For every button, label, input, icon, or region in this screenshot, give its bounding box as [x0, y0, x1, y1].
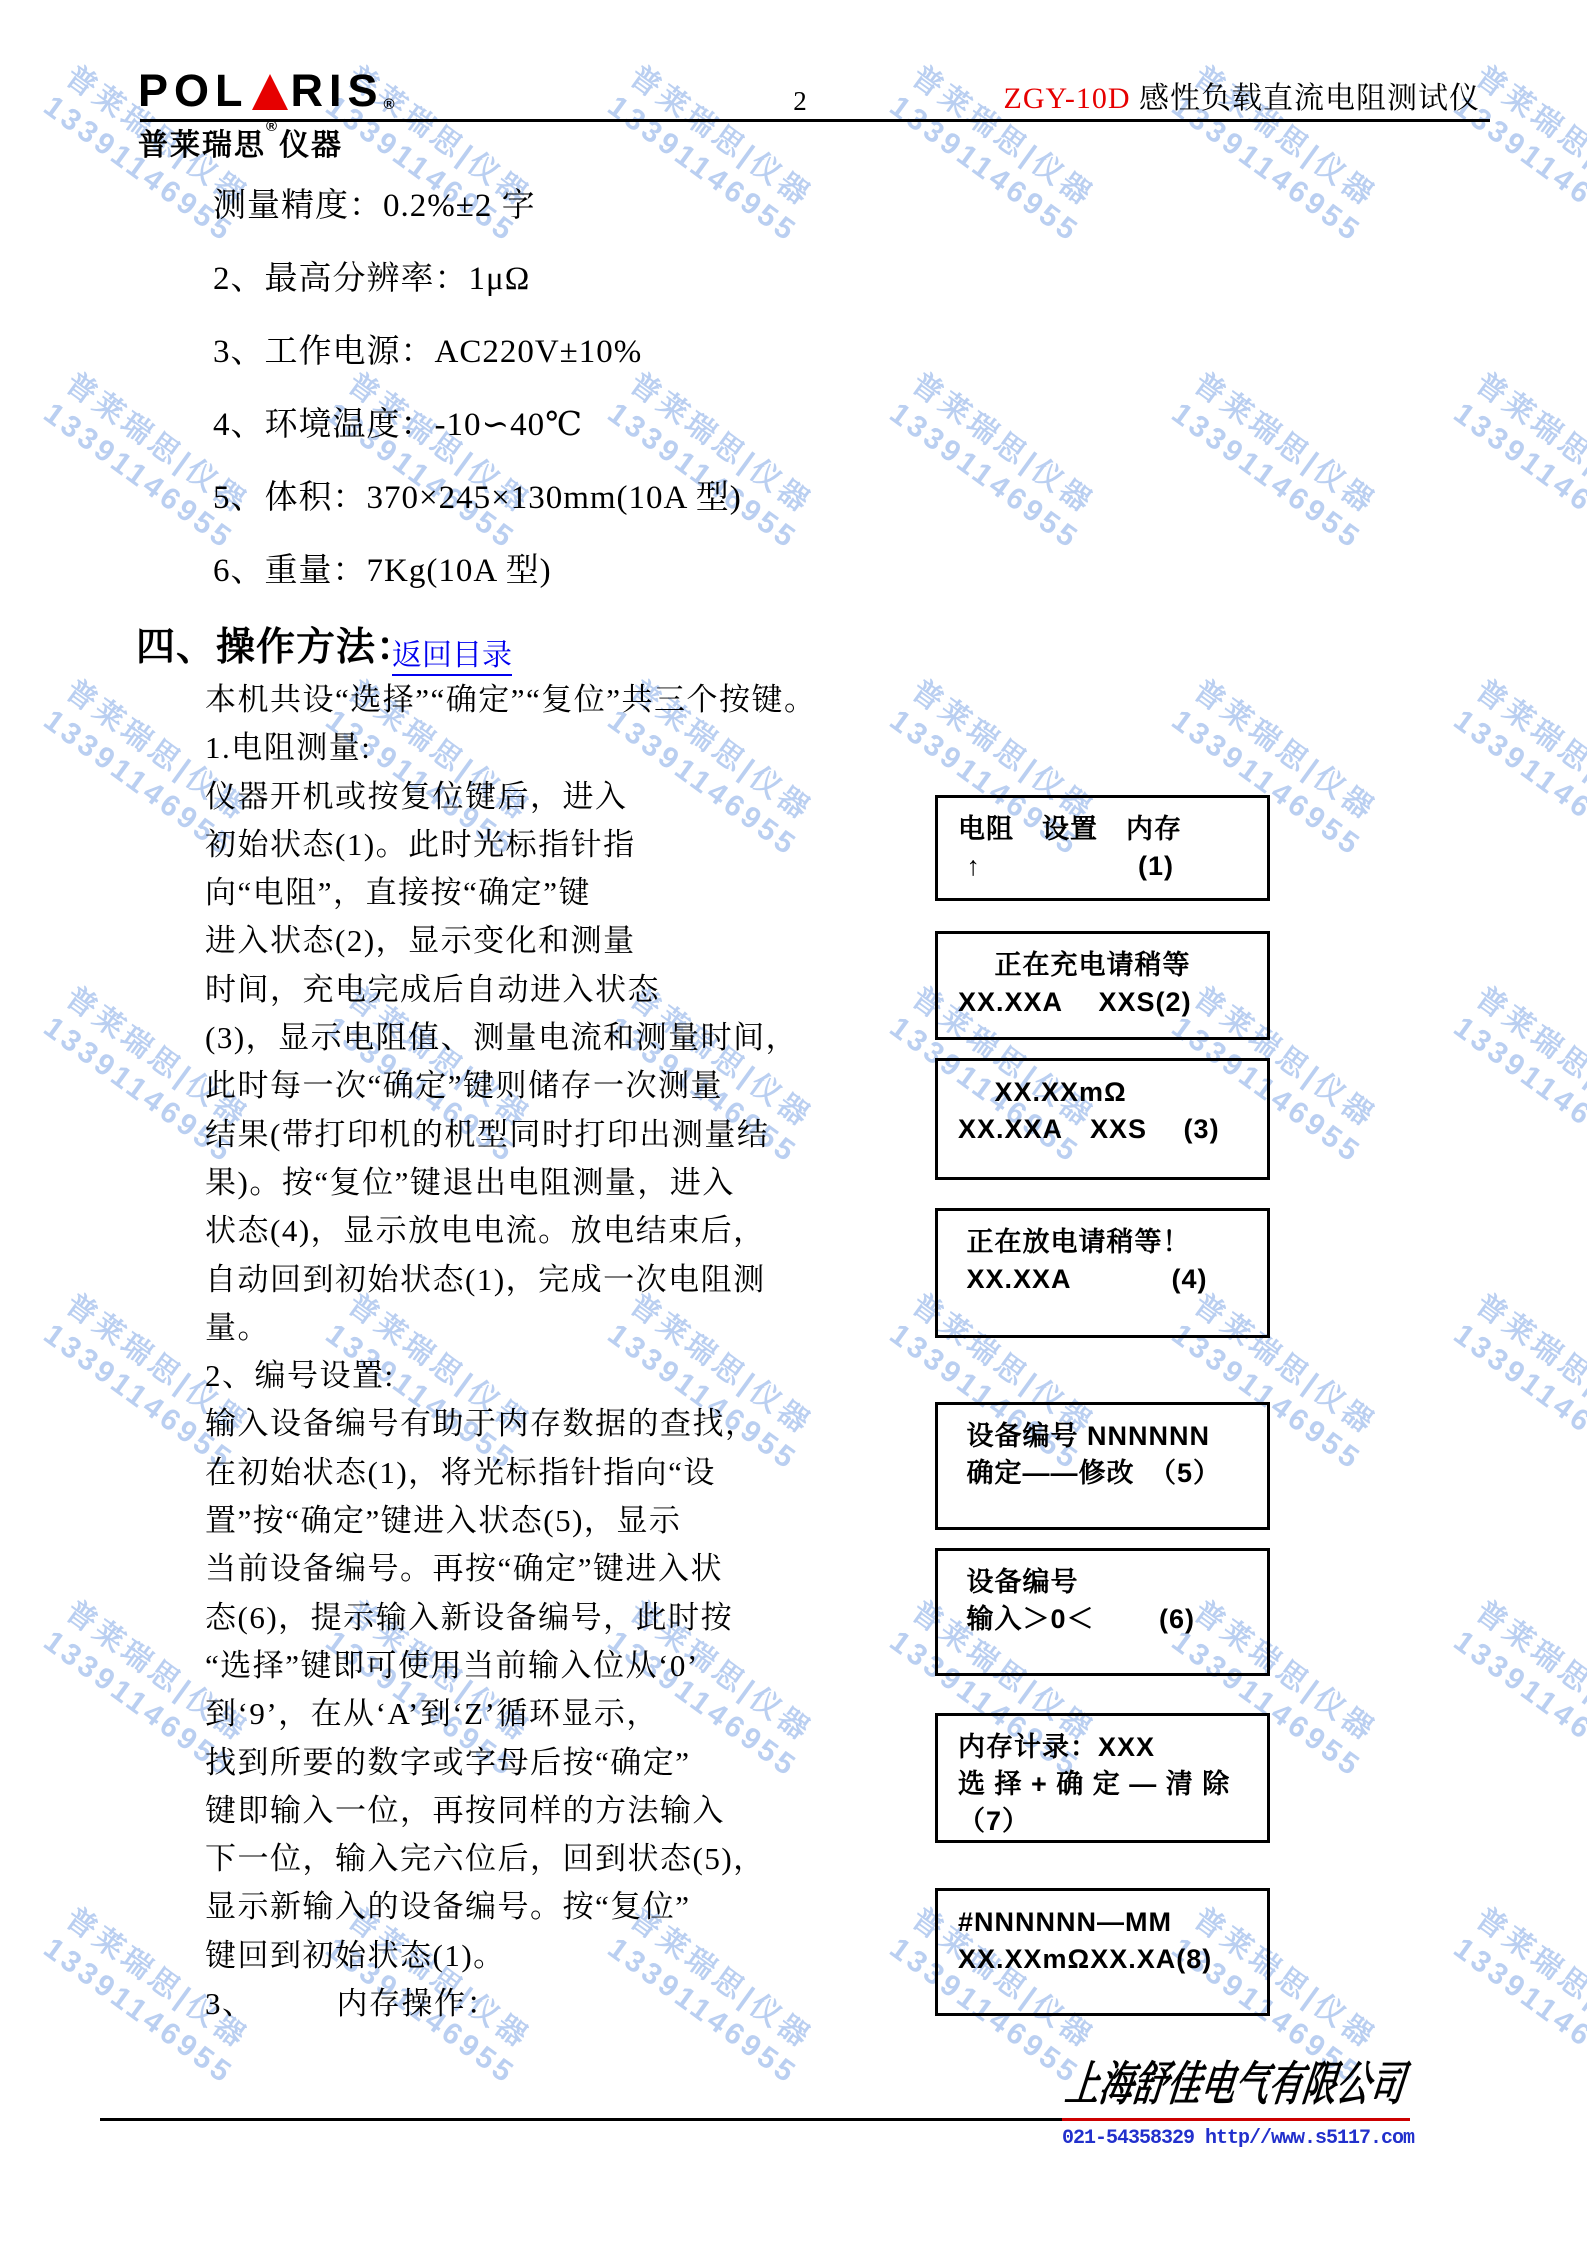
body-line: 果)。按“复位”键退出电阻测量，进入 [205, 1159, 995, 1207]
lcd-line: 电阻 设置 内存 [958, 811, 1267, 848]
lcd-line: XX.XXmΩ [958, 1074, 1267, 1111]
lcd-state-box-6: 设备编号 输入＞0＜ (6) [935, 1548, 1270, 1676]
spec-line: 4、环境温度：-10∽40℃ [213, 389, 742, 462]
body-line: 时间，充电完成后自动进入状态 [205, 966, 995, 1014]
logo-subtitle: 普莱瑞思®仪器 [138, 120, 401, 164]
lcd-line: （7） [958, 1803, 1267, 1840]
lcd-line: 正在充电请稍等 [958, 947, 1267, 984]
footer-rule-red [1062, 2118, 1410, 2121]
body-line: “选择”键即可使用当前输入位从‘0’ [205, 1642, 995, 1690]
company-name: 上海舒佳电气有限公司 [1062, 2056, 1409, 2114]
body-line: 态(6)，提示输入新设备编号，此时按 [205, 1594, 995, 1642]
body-text: 本机共设“选择”“确定”“复位”共三个按键。1.电阻测量:仪器开机或按复位键后，… [205, 676, 995, 2028]
body-line: 找到所要的数字或字母后按“确定” [205, 1739, 995, 1787]
lcd-line: 正在放电请稍等！ [958, 1224, 1267, 1261]
spec-line: 2、最高分辨率：1μΩ [213, 243, 742, 316]
header-rule [140, 119, 1490, 122]
title-text: 感性负载直流电阻测试仪 [1131, 82, 1481, 115]
spec-line: 测量精度：0.2%±2 字 [213, 170, 742, 243]
body-line: 在初始状态(1)，将光标指针指向“设 [205, 1449, 995, 1497]
body-line: 1.电阻测量: [205, 724, 995, 772]
lcd-line: XX.XXA XXS (3) [958, 1111, 1267, 1148]
spec-line: 5、体积：370×245×130mm(10A 型) [213, 462, 742, 535]
body-line: 键即输入一位，再按同样的方法输入 [205, 1787, 995, 1835]
body-line: 进入状态(2)，显示变化和测量 [205, 917, 995, 965]
lcd-state-box-7: 内存计录：XXX选 择 + 确 定 — 清 除（7） [935, 1713, 1270, 1843]
footer-rule-black [100, 2118, 1062, 2121]
spec-line: 3、工作电源：AC220V±10% [213, 316, 742, 389]
body-line: 量。 [205, 1304, 995, 1352]
lcd-state-box-3: XX.XXmΩXX.XXA XXS (3) [935, 1058, 1270, 1180]
model-number: ZGY-10D [1004, 82, 1131, 115]
document-title: ZGY-10D 感性负载直流电阻测试仪 [1004, 73, 1481, 117]
lcd-state-box-2: 正在充电请稍等XX.XXA XXS(2) [935, 931, 1270, 1040]
lcd-line: 设备编号 [958, 1564, 1267, 1601]
red-triangle-icon [252, 74, 288, 110]
body-line: 初始状态(1)。此时光标指针指 [205, 821, 995, 869]
lcd-line: 输入＞0＜ (6) [958, 1601, 1267, 1638]
lcd-state-box-5: 设备编号 NNNNNN 确定——修改 （5） [935, 1402, 1270, 1530]
footer-contact: 021-54358329 http//www.s5117.com [1062, 2127, 1414, 2150]
body-line: 键回到初始状态(1)。 [205, 1932, 995, 1980]
polaris-wordmark: POL RIS ® [138, 70, 401, 112]
body-line: 下一位，输入完六位后，回到状态(5)， [205, 1835, 995, 1883]
body-line: 2、编号设置: [205, 1352, 995, 1400]
lcd-state-box-4: 正在放电请稍等！ XX.XXA (4) [935, 1208, 1270, 1338]
page-number: 2 [770, 86, 830, 117]
section-heading: 四、操作方法： [136, 625, 416, 670]
spec-line: 6、重量：7Kg(10A 型) [213, 535, 742, 608]
lcd-line: 确定——修改 （5） [958, 1455, 1267, 1492]
body-line: 当前设备编号。再按“确定”键进入状 [205, 1545, 995, 1593]
lcd-line: 选 择 + 确 定 — 清 除 [958, 1766, 1267, 1803]
polaris-logo: POL RIS ® 普莱瑞思®仪器 [138, 70, 401, 164]
lcd-line: XX.XXA XXS(2) [958, 984, 1267, 1021]
body-line: 仪器开机或按复位键后，进入 [205, 773, 995, 821]
body-line: 状态(4)，显示放电电流。放电结束后， [205, 1207, 995, 1255]
lcd-line: 内存计录：XXX [958, 1729, 1267, 1766]
spec-list: 测量精度：0.2%±2 字2、最高分辨率：1μΩ3、工作电源：AC220V±10… [213, 170, 742, 608]
manual-page: { "colors": { "accent_red": "#e60000", "… [0, 0, 1587, 2245]
lcd-line: XX.XXmΩXX.XA(8) [958, 1941, 1267, 1978]
body-line: 到‘9’，在从‘A’到‘Z’循环显示， [205, 1690, 995, 1738]
body-line: 本机共设“选择”“确定”“复位”共三个按键。 [205, 676, 995, 724]
lcd-line: #NNNNNN—MM [958, 1904, 1267, 1941]
body-line: 此时每一次“确定”键则储存一次测量 [205, 1062, 995, 1110]
logo-text-pre: POL [138, 70, 249, 112]
lcd-line: ↑ (1) [958, 848, 1267, 885]
body-line: 显示新输入的设备编号。按“复位” [205, 1883, 995, 1931]
body-line: 3、 内存操作： [205, 1980, 995, 2028]
body-line: 向“电阻”，直接按“确定”键 [205, 869, 995, 917]
registered-mark: ® [384, 98, 401, 112]
logo-text-post: RIS [291, 70, 384, 112]
lcd-line: XX.XXA (4) [958, 1261, 1267, 1298]
lcd-state-box-1: 电阻 设置 内存 ↑ (1) [935, 795, 1270, 901]
body-line: 结果(带打印机的机型同时打印出测量结 [205, 1111, 995, 1159]
lcd-line: 设备编号 NNNNNN [958, 1418, 1267, 1455]
body-line: 置”按“确定”键进入状态(5)，显示 [205, 1497, 995, 1545]
lcd-state-box-8: #NNNNNN—MMXX.XXmΩXX.XA(8) [935, 1888, 1270, 2016]
body-line: 输入设备编号有助于内存数据的查找， [205, 1400, 995, 1448]
back-to-toc-link[interactable]: 返回目录 [392, 638, 512, 676]
body-line: (3)，显示电阻值、测量电流和测量时间， [205, 1014, 995, 1062]
body-line: 自动回到初始状态(1)，完成一次电阻测 [205, 1256, 995, 1304]
